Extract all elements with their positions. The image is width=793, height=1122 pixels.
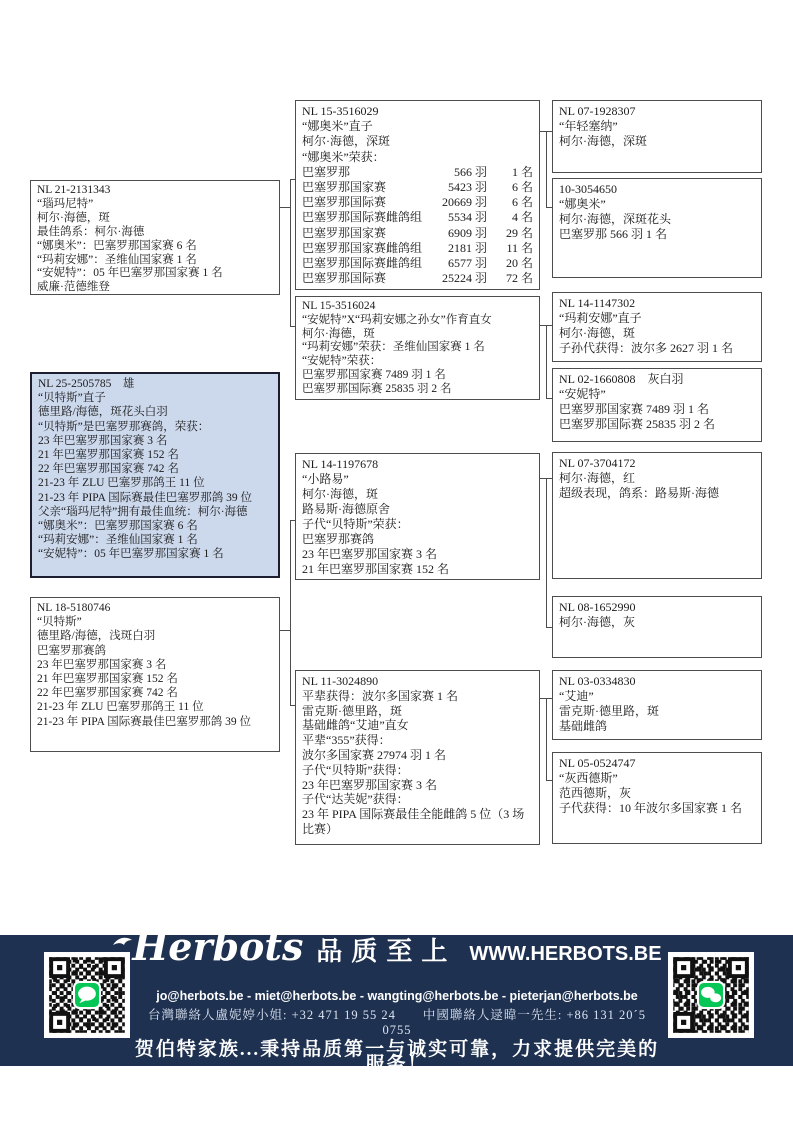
text-line: 范西德斯，灰 xyxy=(559,786,755,801)
text-line: 23 年巴塞罗那国家赛 3 名 xyxy=(302,778,533,793)
pedigree-connector xyxy=(290,326,296,327)
pedigree-connector xyxy=(546,207,553,208)
race-result-row: 巴塞罗那国际赛雌鸽组6577 羽20 名 xyxy=(302,256,533,271)
text-line: “贝特斯”是巴塞罗那赛鸽，荣获： xyxy=(38,420,272,434)
pedigree-box-greatgrandparent-7: NL 03-0334830“艾迪”雷克斯·德里路，斑基础雌鸽 xyxy=(552,670,762,740)
res-rank: 20 名 xyxy=(487,256,533,271)
text-line: “安妮特”X“玛莉安娜之孙女”作育直女 xyxy=(302,314,533,328)
pedigree-box-grandparent-2: NL 15-3516024“安妮特”X“玛莉安娜之孙女”作育直女柯尔·海德，斑“… xyxy=(295,296,540,400)
res-rank: 4 名 xyxy=(487,210,533,225)
text-line: 23 年巴塞罗那国家赛 3 名 xyxy=(38,434,272,448)
text-line: 23 年 PIPA 国际赛最佳全能雌鸽 5 位（3 场比赛） xyxy=(302,807,533,837)
race-result-row: 巴塞罗那国际赛20669 羽6 名 xyxy=(302,195,533,210)
footer-banner: Herbots 品质至上 WWW.HERBOTS.BE jo@herbots.b… xyxy=(0,935,793,1066)
text-line: 基础雌鸽 xyxy=(559,719,755,734)
herbots-logo: Herbots xyxy=(132,939,303,954)
text-line: “小路易” xyxy=(302,472,533,487)
line-qr-code xyxy=(44,952,130,1038)
text-line: “艾迪” xyxy=(559,689,755,704)
pedigree-connector xyxy=(290,520,291,706)
pedigree-box-sire-line: NL 21-2131343“瑙玛尼特”柯尔·海德，斑最佳鸽系：柯尔·海德“娜奥米… xyxy=(30,180,280,295)
text-line: 10-3054650 xyxy=(559,182,755,197)
pedigree-connector xyxy=(290,520,296,521)
text-line: 子代“贝特斯”获得： xyxy=(302,763,533,778)
res-rank: 6 名 xyxy=(487,180,533,195)
text-line: 柯尔·海德，斑 xyxy=(302,487,533,502)
text-line: 柯尔·海德，深斑花头 xyxy=(559,212,755,227)
box-header-lines: NL 15-3516029“娜奥米”直子柯尔·海德，深斑“娜奥米”荣获： xyxy=(302,104,533,165)
res-race: 巴塞罗那国际赛雌鸽组 xyxy=(302,210,423,225)
text-line: “娜奥米”：巴塞罗那国家赛 6 名 xyxy=(37,240,273,254)
text-line: 平辈获得：波尔多国家赛 1 名 xyxy=(302,689,533,704)
pedigree-box-greatgrandparent-3: NL 14-1147302“玛莉安娜”直子柯尔·海德，斑子孙代获得：波尔多 26… xyxy=(552,292,762,362)
text-line: NL 21-2131343 xyxy=(37,184,273,198)
brand-script-text: Herbots xyxy=(132,924,303,969)
footer-content: Herbots 品质至上 WWW.HERBOTS.BE jo@herbots.b… xyxy=(132,939,662,1072)
text-line: 巴塞罗那赛鸽 xyxy=(302,532,533,547)
text-line: 22 年巴塞罗那国家赛 742 名 xyxy=(38,462,272,476)
text-line: “安妮特” xyxy=(559,387,755,402)
text-line: NL 05-0524747 xyxy=(559,756,755,771)
race-results-table: 巴塞罗那566 羽1 名巴塞罗那国家赛5423 羽6 名巴塞罗那国际赛20669… xyxy=(302,165,533,287)
text-line: NL 15-3516029 xyxy=(302,104,533,119)
line-app-icon xyxy=(74,982,100,1008)
text-line: 子代“贝特斯”荣获： xyxy=(302,517,533,532)
text-line: “娜奥米”荣获： xyxy=(302,150,533,165)
text-line: NL 14-1197678 xyxy=(302,457,533,472)
pedigree-box-dam-line: NL 18-5180746“贝特斯”德里路/海德，浅斑白羽巴塞罗那赛鸽23 年巴… xyxy=(30,597,280,752)
text-line: NL 14-1147302 xyxy=(559,296,755,311)
pedigree-connector xyxy=(546,780,553,781)
text-line: 柯尔·海德，深斑 xyxy=(302,134,533,149)
res-race: 巴塞罗那国家赛雌鸽组 xyxy=(302,241,423,256)
text-line: “瑙玛尼特” xyxy=(37,198,273,212)
res-rank: 1 名 xyxy=(487,165,533,180)
text-line: “安妮特”：05 年巴塞罗那国家赛 1 名 xyxy=(38,547,272,561)
res-birds: 5534 羽 xyxy=(423,210,487,225)
text-line: 柯尔·海德，灰 xyxy=(559,615,755,630)
text-line: “娜奥米”：巴塞罗那国家赛 6 名 xyxy=(38,519,272,533)
text-line: “娜奥米”直子 xyxy=(302,119,533,134)
text-line: “贝特斯” xyxy=(37,615,273,629)
text-line: 子孙代获得：波尔多 2627 羽 1 名 xyxy=(559,341,755,356)
text-line: 21-23 年 PIPA 国际赛最佳巴塞罗那鸽 39 位 xyxy=(38,491,272,505)
brand-slogan-cn: 品质至上 xyxy=(316,944,456,959)
pedigree-connector xyxy=(546,398,553,399)
res-race: 巴塞罗那国家赛 xyxy=(302,180,423,195)
res-rank: 11 名 xyxy=(487,241,533,256)
res-rank: 6 名 xyxy=(487,195,533,210)
race-result-row: 巴塞罗那国际赛雌鸽组5534 羽4 名 xyxy=(302,210,533,225)
res-race: 巴塞罗那国际赛 xyxy=(302,195,423,210)
text-line: 23 年巴塞罗那国家赛 3 名 xyxy=(302,547,533,562)
res-race: 巴塞罗那国际赛雌鸽组 xyxy=(302,256,423,271)
text-line: “玛莉安娜”荣获：圣维仙国家赛 1 名 xyxy=(302,341,533,355)
text-line: 波尔多国家赛 27974 羽 1 名 xyxy=(302,748,533,763)
pedigree-box-grandparent-3: NL 14-1197678“小路易”柯尔·海德，斑路易斯·海德原舍子代“贝特斯”… xyxy=(295,453,540,580)
contact-emails: jo@herbots.be - miet@herbots.be - wangti… xyxy=(132,989,662,1004)
text-line: 巴塞罗那赛鸽 xyxy=(37,644,273,658)
dove-icon xyxy=(112,935,138,951)
text-line: NL 11-3024890 xyxy=(302,674,533,689)
pedigree-connector xyxy=(546,131,547,208)
text-line: 柯尔·海德，深斑 xyxy=(559,134,755,149)
text-line: 巴塞罗那 566 羽 1 名 xyxy=(559,227,755,242)
text-line: 21 年巴塞罗那国家赛 152 名 xyxy=(38,448,272,462)
res-birds: 2181 羽 xyxy=(423,241,487,256)
race-result-row: 巴塞罗那国家赛雌鸽组2181 羽11 名 xyxy=(302,241,533,256)
text-line: NL 08-1652990 xyxy=(559,600,755,615)
text-line: 平辈“355”获得： xyxy=(302,733,533,748)
race-result-row: 巴塞罗那国际赛25224 羽72 名 xyxy=(302,271,533,286)
text-line: 21-23 年 ZLU 巴塞罗那鸽王 11 位 xyxy=(38,476,272,490)
text-line: 21 年巴塞罗那国家赛 152 名 xyxy=(302,562,533,577)
website-url: WWW.HERBOTS.BE xyxy=(469,947,661,962)
res-rank: 72 名 xyxy=(487,271,533,286)
pedigree-page: { "colors":{"footer_bg":"#1f3150","highl… xyxy=(0,0,793,1122)
contact-phones: 台灣聯絡人盧妮婷小姐: +32 471 19 55 24 中國聯絡人逯暐一先生:… xyxy=(132,1008,662,1038)
text-line: 柯尔·海德，斑 xyxy=(37,212,273,226)
brand-row: Herbots 品质至上 WWW.HERBOTS.BE xyxy=(132,939,662,986)
pedigree-connector xyxy=(546,698,547,781)
pedigree-connector xyxy=(290,179,296,180)
text-line: NL 07-1928307 xyxy=(559,104,755,119)
wechat-qr-code xyxy=(668,952,754,1038)
text-line: NL 25-2505785 雄 xyxy=(38,377,272,391)
text-line: “安妮特”：05 年巴塞罗那国家赛 1 名 xyxy=(37,267,273,281)
text-line: 父亲“瑙玛尼特”拥有最佳血统：柯尔·海德 xyxy=(38,505,272,519)
race-result-row: 巴塞罗那国家赛5423 羽6 名 xyxy=(302,180,533,195)
text-line: 柯尔·海德，斑 xyxy=(559,326,755,341)
text-line: 最佳鸽系：柯尔·海德 xyxy=(37,226,273,240)
text-line: 德里路/海德，斑花头白羽 xyxy=(38,405,272,419)
text-line: “娜奥米” xyxy=(559,197,755,212)
text-line: NL 15-3516024 xyxy=(302,300,533,314)
text-line: 21-23 年 PIPA 国际赛最佳巴塞罗那鸽 39 位 xyxy=(37,715,273,729)
text-line: 子代“达芙妮”获得： xyxy=(302,792,533,807)
text-line: “贝特斯”直子 xyxy=(38,391,272,405)
footer-slogan: 贺伯特家族...秉持品质第一与诚实可靠，力求提供完美的服务！ xyxy=(132,1042,662,1072)
pedigree-box-grandparent-4: NL 11-3024890平辈获得：波尔多国家赛 1 名雷克斯·德里路，斑基础雌… xyxy=(295,670,540,845)
race-result-row: 巴塞罗那国家赛6909 羽29 名 xyxy=(302,226,533,241)
text-line: 超级表现，鸽系：路易斯·海德 xyxy=(559,486,755,501)
pedigree-box-greatgrandparent-6: NL 08-1652990柯尔·海德，灰 xyxy=(552,596,762,658)
res-birds: 20669 羽 xyxy=(423,195,487,210)
text-line: “玛莉安娜”直子 xyxy=(559,311,755,326)
res-birds: 6909 羽 xyxy=(423,226,487,241)
text-line: “玛莉安娜”：圣维仙国家赛 1 名 xyxy=(37,254,273,268)
res-birds: 6577 羽 xyxy=(423,256,487,271)
pedigree-connector xyxy=(290,179,291,327)
text-line: 22 年巴塞罗那国家赛 742 名 xyxy=(37,686,273,700)
res-rank: 29 名 xyxy=(487,226,533,241)
text-line: NL 07-3704172 xyxy=(559,456,755,471)
res-birds: 566 羽 xyxy=(423,165,487,180)
pedigree-box-greatgrandparent-5: NL 07-3704172柯尔·海德，红超级表现，鸽系：路易斯·海德 xyxy=(552,452,762,579)
pedigree-connector xyxy=(546,627,553,628)
text-line: 基础雌鸽“艾迪”直女 xyxy=(302,718,533,733)
text-line: 21 年巴塞罗那国家赛 152 名 xyxy=(37,672,273,686)
pedigree-box-greatgrandparent-8: NL 05-0524747“灰西德斯”范西德斯，灰子代获得：10 年波尔多国家赛… xyxy=(552,752,762,844)
text-line: 巴塞罗那国家赛 7489 羽 1 名 xyxy=(559,402,755,417)
wechat-app-icon xyxy=(698,982,724,1008)
text-line: NL 18-5180746 xyxy=(37,601,273,615)
text-line: “灰西德斯” xyxy=(559,771,755,786)
text-line: NL 03-0334830 xyxy=(559,674,755,689)
pedigree-box-greatgrandparent-2: 10-3054650“娜奥米”柯尔·海德，深斑花头巴塞罗那 566 羽 1 名 xyxy=(552,178,762,278)
text-line: 巴塞罗那国家赛 7489 羽 1 名 xyxy=(302,369,533,383)
text-line: 巴塞罗那国际赛 25835 羽 2 名 xyxy=(559,417,755,432)
text-line: 柯尔·海德，斑 xyxy=(302,328,533,342)
text-line: 23 年巴塞罗那国家赛 3 名 xyxy=(37,658,273,672)
text-line: 威廉·范德维登 xyxy=(37,281,273,295)
text-line: 雷克斯·德里路，斑 xyxy=(302,704,533,719)
text-line: 德里路/海德，浅斑白羽 xyxy=(37,629,273,643)
pedigree-connector xyxy=(290,705,296,706)
pedigree-box-subject-highlighted: NL 25-2505785 雄“贝特斯”直子德里路/海德，斑花头白羽“贝特斯”是… xyxy=(30,372,280,578)
res-race: 巴塞罗那 xyxy=(302,165,423,180)
res-race: 巴塞罗那国际赛 xyxy=(302,271,423,286)
text-line: 柯尔·海德，红 xyxy=(559,471,755,486)
res-birds: 25224 羽 xyxy=(423,271,487,286)
pedigree-box-greatgrandparent-4: NL 02-1660808 灰白羽“安妮特”巴塞罗那国家赛 7489 羽 1 名… xyxy=(552,368,762,442)
text-line: 雷克斯·德里路，斑 xyxy=(559,704,755,719)
text-line: 巴塞罗那国际赛 25835 羽 2 名 xyxy=(302,383,533,397)
res-race: 巴塞罗那国家赛 xyxy=(302,226,423,241)
text-line: “年轻塞纳” xyxy=(559,119,755,134)
pedigree-box-greatgrandparent-1: NL 07-1928307“年轻塞纳”柯尔·海德，深斑 xyxy=(552,100,762,173)
pedigree-box-grandparent-1: NL 15-3516029“娜奥米”直子柯尔·海德，深斑“娜奥米”荣获： 巴塞罗… xyxy=(295,100,540,290)
pedigree-connector xyxy=(546,325,547,399)
text-line: 子代获得：10 年波尔多国家赛 1 名 xyxy=(559,801,755,816)
text-line: NL 02-1660808 灰白羽 xyxy=(559,372,755,387)
text-line: “玛莉安娜”：圣维仙国家赛 1 名 xyxy=(38,533,272,547)
text-line: “安妮特”荣获： xyxy=(302,355,533,369)
race-result-row: 巴塞罗那566 羽1 名 xyxy=(302,165,533,180)
text-line: 路易斯·海德原舍 xyxy=(302,502,533,517)
res-birds: 5423 羽 xyxy=(423,180,487,195)
text-line: 21-23 年 ZLU 巴塞罗那鸽王 11 位 xyxy=(37,700,273,714)
pedigree-connector xyxy=(546,478,547,628)
